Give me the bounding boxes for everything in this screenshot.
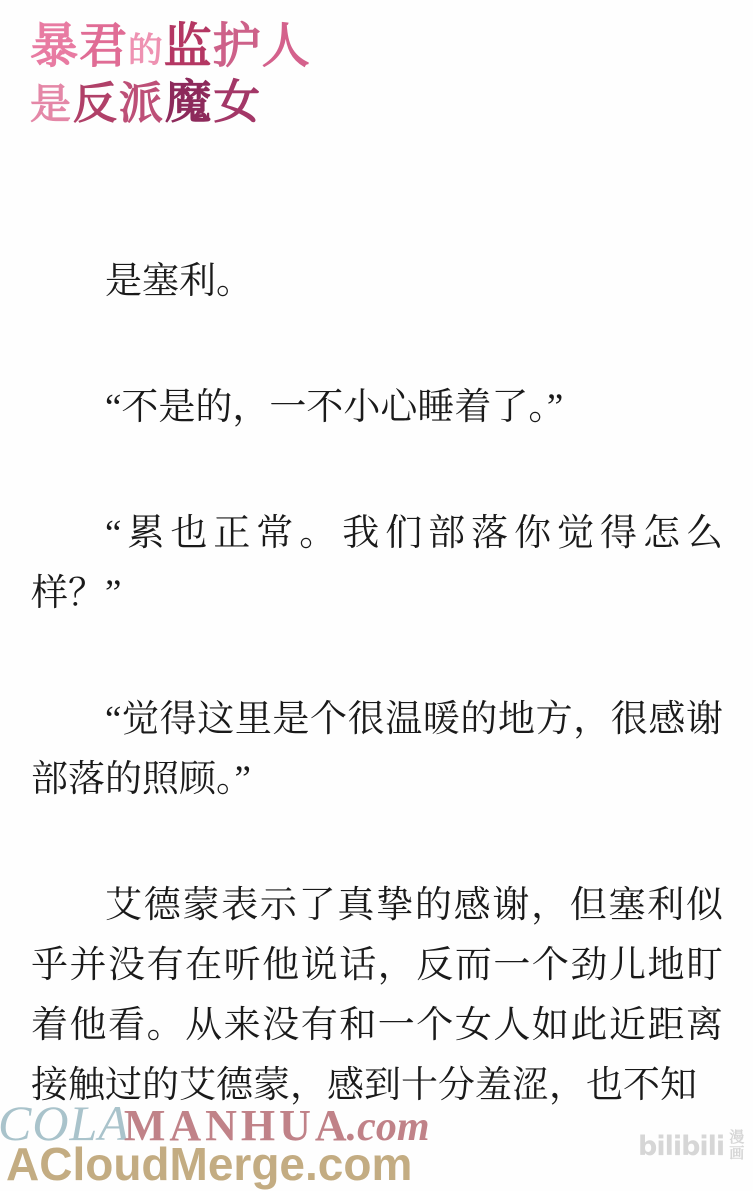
- paragraph-1: 是塞利。: [31, 252, 723, 312]
- paragraph-2: “不是的，一不小心睡着了。”: [31, 378, 723, 438]
- logo-line1: 暴君的监护人: [30, 18, 311, 80]
- series-logo: 暴君的监护人 是反派魔女: [30, 18, 311, 130]
- bilibili-manhua-text: 漫画: [729, 1130, 746, 1162]
- paragraph-4: “觉得这里是个很温暖的地方，很感谢部落的照顾。”: [31, 690, 723, 810]
- novel-text: 是塞利。 “不是的，一不小心睡着了。” “累也正常。我们部落你觉得怎么样？” “…: [31, 252, 723, 1182]
- bilibili-logo: bilibili 漫画: [638, 1130, 746, 1162]
- logo-line2: 是反派魔女: [30, 78, 311, 130]
- bilibili-text: bilibili: [638, 1131, 724, 1162]
- paragraph-3: “累也正常。我们部落你觉得怎么样？”: [31, 504, 723, 624]
- novel-page: 暴君的监护人 是反派魔女 是塞利。 “不是的，一不小心睡着了。” “累也正常。我…: [0, 0, 753, 1191]
- paragraph-5: 艾德蒙表示了真挚的感谢，但塞利似乎并没有在听他说话，反而一个劲儿地盯着他看。从来…: [31, 876, 723, 1116]
- acloudmerge-watermark: ACloudMerge.com: [6, 1140, 412, 1188]
